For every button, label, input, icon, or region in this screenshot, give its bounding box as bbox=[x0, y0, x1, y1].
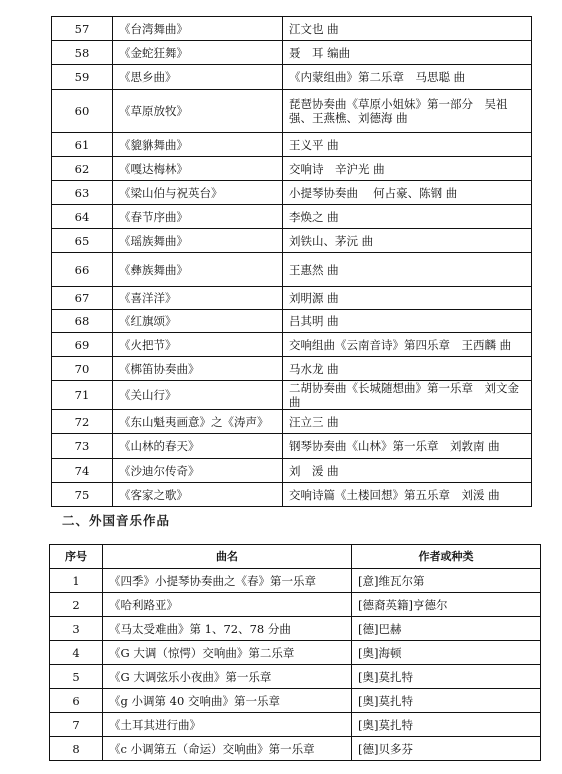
work-title: 《红旗颂》 bbox=[113, 310, 283, 333]
row-number: 6 bbox=[50, 689, 103, 713]
row-number: 67 bbox=[52, 287, 113, 310]
work-author: 马水龙 曲 bbox=[283, 357, 532, 381]
work-author: [德]贝多芬 bbox=[352, 737, 541, 761]
row-number: 63 bbox=[52, 181, 113, 205]
row-number: 66 bbox=[52, 253, 113, 287]
work-title: 《彝族舞曲》 bbox=[113, 253, 283, 287]
work-title: 《梆笛协奏曲》 bbox=[113, 357, 283, 381]
work-title: 《貔貅舞曲》 bbox=[113, 133, 283, 157]
work-title: 《喜洋洋》 bbox=[113, 287, 283, 310]
work-author: 李焕之 曲 bbox=[283, 205, 532, 229]
row-number: 72 bbox=[52, 410, 113, 434]
work-title: 《瑶族舞曲》 bbox=[113, 229, 283, 253]
row-number: 1 bbox=[50, 569, 103, 593]
section-heading: 二、外国音乐作品 bbox=[62, 511, 170, 529]
domestic-works-table: 57《台湾舞曲》江文也 曲58《金蛇狂舞》聂 耳 编曲59《思乡曲》《内蒙组曲》… bbox=[51, 16, 532, 507]
work-author: 交响组曲《云南音诗》第四乐章 王西麟 曲 bbox=[283, 333, 532, 357]
row-number: 7 bbox=[50, 713, 103, 737]
work-title: 《火把节》 bbox=[113, 333, 283, 357]
work-author: 江文也 曲 bbox=[283, 17, 532, 41]
table-row: 66《彝族舞曲》王惠然 曲 bbox=[52, 253, 532, 287]
table-row: 75《客家之歌》交响诗篇《土楼回想》第五乐章 刘湲 曲 bbox=[52, 483, 532, 507]
work-author: 二胡协奏曲《长城随想曲》第一乐章 刘文金 曲 bbox=[283, 381, 532, 410]
header-no: 序号 bbox=[50, 545, 103, 569]
table-header-row: 序号 曲名 作者或种类 bbox=[50, 545, 541, 569]
table-row: 61《貔貅舞曲》王义平 曲 bbox=[52, 133, 532, 157]
row-number: 69 bbox=[52, 333, 113, 357]
work-title: 《g 小调第 40 交响曲》第一乐章 bbox=[103, 689, 352, 713]
table-row: 63《梁山伯与祝英台》小提琴协奏曲 何占豪、陈钢 曲 bbox=[52, 181, 532, 205]
work-title: 《台湾舞曲》 bbox=[113, 17, 283, 41]
work-author: [奥]莫扎特 bbox=[352, 665, 541, 689]
row-number: 73 bbox=[52, 434, 113, 459]
table-row: 4《G 大调（惊愕）交响曲》第二乐章[奥]海顿 bbox=[50, 641, 541, 665]
work-title: 《哈利路亚》 bbox=[103, 593, 352, 617]
work-author: 刘铁山、茅沅 曲 bbox=[283, 229, 532, 253]
work-author: 王惠然 曲 bbox=[283, 253, 532, 287]
table-row: 5《G 大调弦乐小夜曲》第一乐章[奥]莫扎特 bbox=[50, 665, 541, 689]
work-title: 《c 小调第五（命运）交响曲》第一乐章 bbox=[103, 737, 352, 761]
table-row: 71《关山行》二胡协奏曲《长城随想曲》第一乐章 刘文金 曲 bbox=[52, 381, 532, 410]
table-row: 73《山林的春天》钢琴协奏曲《山林》第一乐章 刘敦南 曲 bbox=[52, 434, 532, 459]
work-title: 《关山行》 bbox=[113, 381, 283, 410]
row-number: 59 bbox=[52, 65, 113, 90]
table-row: 6《g 小调第 40 交响曲》第一乐章[奥]莫扎特 bbox=[50, 689, 541, 713]
table-row: 2《哈利路亚》[德裔英籍]亨德尔 bbox=[50, 593, 541, 617]
row-number: 60 bbox=[52, 90, 113, 133]
work-author: 刘 湲 曲 bbox=[283, 459, 532, 483]
work-author: 小提琴协奏曲 何占豪、陈钢 曲 bbox=[283, 181, 532, 205]
row-number: 4 bbox=[50, 641, 103, 665]
work-title: 《沙迪尔传奇》 bbox=[113, 459, 283, 483]
work-title: 《草原放牧》 bbox=[113, 90, 283, 133]
work-title: 《G 大调弦乐小夜曲》第一乐章 bbox=[103, 665, 352, 689]
header-title: 曲名 bbox=[103, 545, 352, 569]
row-number: 68 bbox=[52, 310, 113, 333]
work-title: 《客家之歌》 bbox=[113, 483, 283, 507]
work-author: 交响诗 辛沪光 曲 bbox=[283, 157, 532, 181]
work-author: 刘明源 曲 bbox=[283, 287, 532, 310]
table-row: 67《喜洋洋》刘明源 曲 bbox=[52, 287, 532, 310]
row-number: 2 bbox=[50, 593, 103, 617]
work-author: [意]维瓦尔第 bbox=[352, 569, 541, 593]
work-author: [德裔英籍]亨德尔 bbox=[352, 593, 541, 617]
work-title: 《马太受难曲》第 1、72、78 分曲 bbox=[103, 617, 352, 641]
table-row: 3《马太受难曲》第 1、72、78 分曲[德]巴赫 bbox=[50, 617, 541, 641]
row-number: 62 bbox=[52, 157, 113, 181]
work-title: 《嘎达梅林》 bbox=[113, 157, 283, 181]
row-number: 58 bbox=[52, 41, 113, 65]
work-author: 交响诗篇《土楼回想》第五乐章 刘湲 曲 bbox=[283, 483, 532, 507]
work-title: 《G 大调（惊愕）交响曲》第二乐章 bbox=[103, 641, 352, 665]
row-number: 57 bbox=[52, 17, 113, 41]
row-number: 5 bbox=[50, 665, 103, 689]
table-row: 68《红旗颂》吕其明 曲 bbox=[52, 310, 532, 333]
row-number: 75 bbox=[52, 483, 113, 507]
work-author: 汪立三 曲 bbox=[283, 410, 532, 434]
work-author: 吕其明 曲 bbox=[283, 310, 532, 333]
work-author: 《内蒙组曲》第二乐章 马思聪 曲 bbox=[283, 65, 532, 90]
row-number: 8 bbox=[50, 737, 103, 761]
work-author: [奥]莫扎特 bbox=[352, 689, 541, 713]
work-title: 《土耳其进行曲》 bbox=[103, 713, 352, 737]
row-number: 3 bbox=[50, 617, 103, 641]
table-row: 70《梆笛协奏曲》马水龙 曲 bbox=[52, 357, 532, 381]
row-number: 70 bbox=[52, 357, 113, 381]
work-title: 《山林的春天》 bbox=[113, 434, 283, 459]
row-number: 71 bbox=[52, 381, 113, 410]
work-title: 《思乡曲》 bbox=[113, 65, 283, 90]
table-row: 74《沙迪尔传奇》刘 湲 曲 bbox=[52, 459, 532, 483]
table-row: 57《台湾舞曲》江文也 曲 bbox=[52, 17, 532, 41]
work-author: [奥]莫扎特 bbox=[352, 713, 541, 737]
work-title: 《四季》小提琴协奏曲之《春》第一乐章 bbox=[103, 569, 352, 593]
foreign-works-table: 序号 曲名 作者或种类 1《四季》小提琴协奏曲之《春》第一乐章[意]维瓦尔第2《… bbox=[49, 544, 541, 761]
work-title: 《金蛇狂舞》 bbox=[113, 41, 283, 65]
table-row: 64《春节序曲》李焕之 曲 bbox=[52, 205, 532, 229]
table-row: 58《金蛇狂舞》聂 耳 编曲 bbox=[52, 41, 532, 65]
table-row: 69《火把节》交响组曲《云南音诗》第四乐章 王西麟 曲 bbox=[52, 333, 532, 357]
work-author: 聂 耳 编曲 bbox=[283, 41, 532, 65]
table-row: 60《草原放牧》琵琶协奏曲《草原小姐妹》第一部分 吴祖强、王燕樵、刘德海 曲 bbox=[52, 90, 532, 133]
table-row: 62《嘎达梅林》交响诗 辛沪光 曲 bbox=[52, 157, 532, 181]
header-author: 作者或种类 bbox=[352, 545, 541, 569]
table-row: 72《东山魁夷画意》之《涛声》汪立三 曲 bbox=[52, 410, 532, 434]
row-number: 74 bbox=[52, 459, 113, 483]
table-row: 8《c 小调第五（命运）交响曲》第一乐章[德]贝多芬 bbox=[50, 737, 541, 761]
row-number: 61 bbox=[52, 133, 113, 157]
work-title: 《东山魁夷画意》之《涛声》 bbox=[113, 410, 283, 434]
row-number: 65 bbox=[52, 229, 113, 253]
work-author: [奥]海顿 bbox=[352, 641, 541, 665]
work-author: 琵琶协奏曲《草原小姐妹》第一部分 吴祖强、王燕樵、刘德海 曲 bbox=[283, 90, 532, 133]
table-row: 65《瑶族舞曲》刘铁山、茅沅 曲 bbox=[52, 229, 532, 253]
work-author: 王义平 曲 bbox=[283, 133, 532, 157]
work-author: 钢琴协奏曲《山林》第一乐章 刘敦南 曲 bbox=[283, 434, 532, 459]
work-title: 《春节序曲》 bbox=[113, 205, 283, 229]
table-row: 1《四季》小提琴协奏曲之《春》第一乐章[意]维瓦尔第 bbox=[50, 569, 541, 593]
work-title: 《梁山伯与祝英台》 bbox=[113, 181, 283, 205]
table-row: 7《土耳其进行曲》[奥]莫扎特 bbox=[50, 713, 541, 737]
row-number: 64 bbox=[52, 205, 113, 229]
work-author: [德]巴赫 bbox=[352, 617, 541, 641]
table-row: 59《思乡曲》《内蒙组曲》第二乐章 马思聪 曲 bbox=[52, 65, 532, 90]
